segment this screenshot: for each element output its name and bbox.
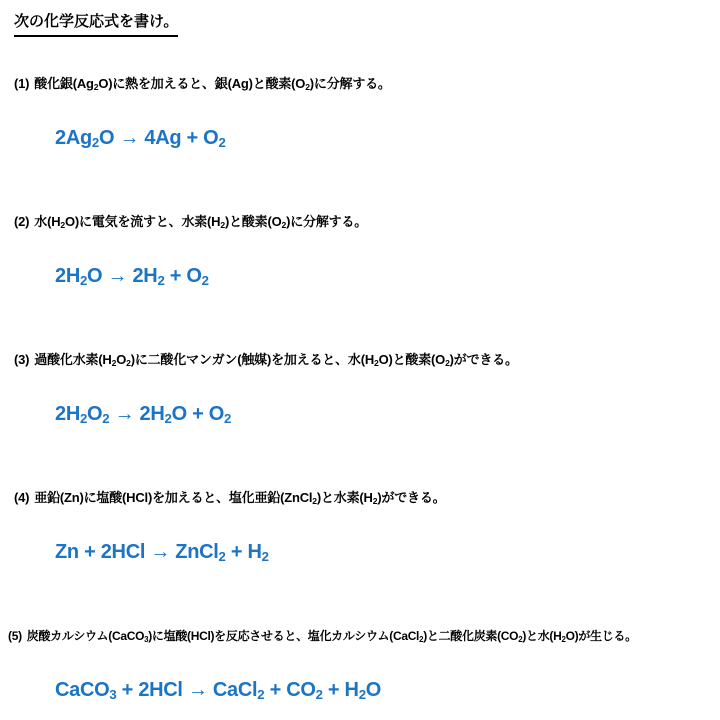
problem-4-question-text: 亜鉛(Zn)に塩酸(HCl)を加えると、塩化亜鉛(ZnCl2)と水素(H2)がで… bbox=[34, 490, 445, 505]
worksheet-page: 次の化学反応式を書け。 (1)酸化銀(Ag2O)に熱を加えると、銀(Ag)と酸素… bbox=[0, 0, 720, 720]
problem-3-answer-equation: 2H2O2 → 2H2O + O2 bbox=[55, 401, 716, 427]
problem-3-question-text: 過酸化水素(H2O2)に二酸化マンガン(触媒)を加えると、水(H2O)と酸素(O… bbox=[34, 352, 518, 367]
problem-4-answer-equation: Zn + 2HCl → ZnCl2 + H2 bbox=[55, 539, 716, 565]
problem-1: (1)酸化銀(Ag2O)に熱を加えると、銀(Ag)と酸素(O2)に分解する。 2… bbox=[14, 73, 716, 151]
page-title-text: 次の化学反応式を書け。 bbox=[14, 12, 178, 37]
problem-5-question-text: 炭酸カルシウム(CaCO3)に塩酸(HCl)を反応させると、塩化カルシウム(Ca… bbox=[27, 629, 637, 643]
problem-4-question: (4)亜鉛(Zn)に塩酸(HCl)を加えると、塩化亜鉛(ZnCl2)と水素(H2… bbox=[14, 487, 716, 509]
problem-5-question: (5)炭酸カルシウム(CaCO3)に塩酸(HCl)を反応させると、塩化カルシウム… bbox=[8, 625, 716, 647]
page-title: 次の化学反応式を書け。 bbox=[14, 12, 716, 37]
problem-1-answer-equation: 2Ag2O → 4Ag + O2 bbox=[55, 125, 716, 151]
problem-5: (5)炭酸カルシウム(CaCO3)に塩酸(HCl)を反応させると、塩化カルシウム… bbox=[8, 625, 716, 703]
problem-5-answer-equation: CaCO3 + 2HCl → CaCl2 + CO2 + H2O bbox=[55, 677, 716, 703]
problem-2-number: (2) bbox=[14, 214, 29, 229]
problem-3-question: (3)過酸化水素(H2O2)に二酸化マンガン(触媒)を加えると、水(H2O)と酸… bbox=[14, 349, 716, 371]
problem-2-question: (2)水(H2O)に電気を流すと、水素(H2)と酸素(O2)に分解する。 bbox=[14, 211, 716, 233]
problem-5-number: (5) bbox=[8, 629, 22, 643]
problem-2-question-text: 水(H2O)に電気を流すと、水素(H2)と酸素(O2)に分解する。 bbox=[34, 214, 367, 229]
problem-3: (3)過酸化水素(H2O2)に二酸化マンガン(触媒)を加えると、水(H2O)と酸… bbox=[14, 349, 716, 427]
problem-1-number: (1) bbox=[14, 76, 29, 91]
problem-1-question: (1)酸化銀(Ag2O)に熱を加えると、銀(Ag)と酸素(O2)に分解する。 bbox=[14, 73, 716, 95]
problem-3-number: (3) bbox=[14, 352, 29, 367]
problem-1-question-text: 酸化銀(Ag2O)に熱を加えると、銀(Ag)と酸素(O2)に分解する。 bbox=[34, 76, 390, 91]
problem-2-answer-equation: 2H2O → 2H2 + O2 bbox=[55, 263, 716, 289]
problem-2: (2)水(H2O)に電気を流すと、水素(H2)と酸素(O2)に分解する。 2H2… bbox=[14, 211, 716, 289]
problem-4-number: (4) bbox=[14, 490, 29, 505]
problem-4: (4)亜鉛(Zn)に塩酸(HCl)を加えると、塩化亜鉛(ZnCl2)と水素(H2… bbox=[14, 487, 716, 565]
